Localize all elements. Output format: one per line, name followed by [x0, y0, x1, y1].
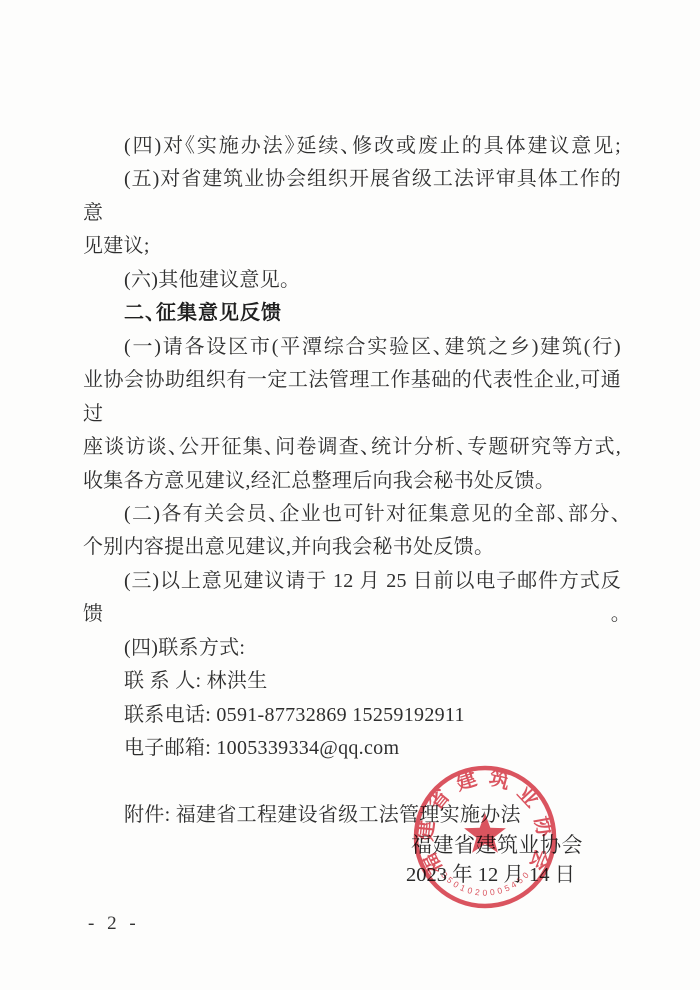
seal-code: 3501020005450: [439, 870, 531, 898]
doc-line: (五)对省建筑业协会组织开展省级工法评审具体工作的意: [83, 163, 621, 230]
doc-line: 业协会协助组织有一定工法管理工作基础的代表性企业,可通过: [83, 364, 621, 431]
document-page: (四)对《实施办法》延续、修改或废止的具体建议意见; (五)对省建筑业协会组织开…: [0, 0, 700, 990]
doc-line: 见建议;: [83, 230, 621, 263]
doc-line: (四)对《实施办法》延续、修改或废止的具体建议意见;: [83, 130, 621, 163]
section-heading-feedback: 二、征集意见反馈: [83, 297, 621, 330]
document-body: (四)对《实施办法》延续、修改或废止的具体建议意见; (五)对省建筑业协会组织开…: [83, 130, 621, 833]
contact-person-line: 联 系 人: 林洪生: [83, 665, 621, 698]
doc-line: (一)请各设区市(平潭综合实验区、建筑之乡)建筑(行): [83, 331, 621, 364]
doc-line: 个别内容提出意见建议,并向我会秘书处反馈。: [83, 531, 621, 564]
doc-line: 收集各方意见建议,经汇总整理后向我会秘书处反馈。: [83, 465, 621, 498]
star-icon: [464, 813, 506, 853]
doc-line: 座谈访谈、公开征集、问卷调查、统计分析、专题研究等方式,: [83, 431, 621, 464]
doc-line: (二)各有关会员、企业也可针对征集意见的全部、部分、: [83, 498, 621, 531]
doc-line: (六)其他建议意见。: [83, 264, 621, 297]
doc-line: (三)以上意见建议请于 12 月 25 日前以电子邮件方式反馈。: [83, 565, 621, 632]
official-seal: 福建省建筑业协会 3501020005450: [410, 762, 560, 912]
contact-email-line: 电子邮箱: 1005339334@qq.com: [83, 732, 621, 765]
contact-phone-line: 联系电话: 0591-87732869 15259192911: [83, 699, 621, 732]
doc-line: (四)联系方式:: [83, 632, 621, 665]
page-number: - 2 -: [88, 913, 140, 935]
svg-text:3501020005450: 3501020005450: [439, 870, 531, 898]
